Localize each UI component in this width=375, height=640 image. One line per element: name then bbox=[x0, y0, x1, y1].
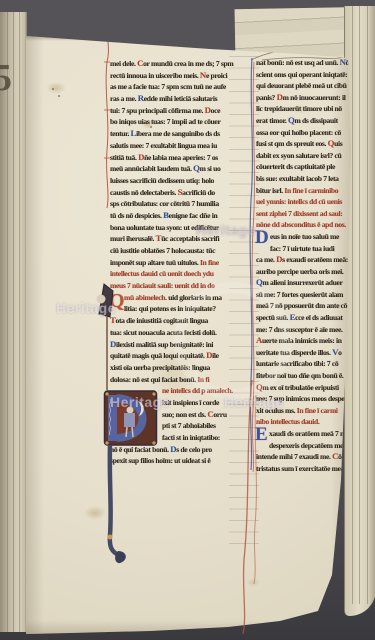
body-text: eus in noīe tuo saluū me bbox=[270, 232, 339, 241]
folio-edge-numeral: 5 bbox=[0, 56, 12, 100]
text-line: dabit ex syon salutare isrl? cū bbox=[256, 150, 353, 162]
body-text: caustis nō delectaberis. bbox=[110, 188, 178, 197]
text-line: bo iniqos uias tuas: 7 impii ad te cōuer bbox=[110, 116, 238, 128]
body-text: mei dele. bbox=[110, 59, 137, 68]
body-text: erat timor. bbox=[256, 116, 288, 125]
watermark-ring-logo bbox=[174, 282, 292, 400]
dropcap-E-exaudi: E bbox=[255, 425, 268, 445]
rubric-text: mū abimelech. bbox=[124, 293, 168, 302]
body-text: s de celo pro bbox=[176, 445, 212, 454]
text-line: pti st 7 abhoīabiles bbox=[110, 420, 238, 432]
text-line: as me a facie tua: 7 spm scm tuū ne aufe bbox=[110, 81, 238, 93]
text-line: tristatus sum ī exercitatōe mea. bbox=[256, 463, 353, 475]
text-line: auribo percipe uerba oris mei. bbox=[256, 266, 353, 278]
text-line: ossa eor qui hoībo placent: cō bbox=[256, 127, 353, 139]
text-line: sent ziphei 7 dixissent ad saul: bbox=[256, 208, 353, 220]
text-line: panis? Dm nō inuocauerunt: il bbox=[256, 92, 353, 104]
body-text: oce bbox=[211, 106, 221, 115]
body-text: orru bbox=[213, 410, 226, 419]
body-text: sps cōtribulatus: cor cōtritū 7 humilia bbox=[110, 199, 219, 208]
body-text: edde mihi leticiā salutaris bbox=[144, 94, 217, 103]
text-line: stitiā tuā. Dñe labia mea aperies: 7 os bbox=[110, 152, 238, 164]
rubric-text: In fine bbox=[200, 258, 219, 267]
body-text: or mundū crea in me ds; 7 spm bbox=[143, 59, 233, 68]
body-text: m ex oī tribulatōe eripuisti bbox=[263, 383, 339, 392]
rubric-text: nōne dd absconditus ē apd nos. bbox=[256, 220, 346, 229]
body-text: ō bbox=[338, 452, 341, 461]
body-text: despexeris depcatōem meā: bbox=[269, 441, 349, 450]
body-text: m ds dissipauit bbox=[295, 116, 338, 125]
text-line: intende mihi 7 exaudi me. Cō bbox=[256, 451, 353, 463]
text-line: salutis mee: 7 exultabit lingua mea iu bbox=[110, 140, 238, 152]
text-line: imponēt sup altare tuū uitulos. In fine bbox=[110, 257, 238, 269]
text-line: fusi st qm ds spreuit eos. Quis bbox=[256, 138, 353, 150]
page-edge-line bbox=[359, 6, 360, 604]
text-line: xaudi ds oratōem meā 7 ne bbox=[256, 428, 353, 440]
body-text: cōuerterit ds captiuitatē ple bbox=[256, 162, 335, 171]
text-line: rectū innoua in uisceribo meis. Ne proic… bbox=[110, 70, 238, 82]
text-line: ca me. Ds exaudi oratōem meā: bbox=[256, 254, 353, 266]
body-text: ras a me. bbox=[110, 94, 138, 103]
body-text: o bbox=[338, 348, 341, 357]
rubric-text: In fine ī carminibo bbox=[284, 186, 338, 195]
parchment-stain bbox=[246, 578, 260, 587]
text-line: spexit sup filios hoīm: ut uideat si ē bbox=[110, 455, 238, 467]
body-text: ixit insipiens ī corde bbox=[162, 398, 219, 407]
body-text: tū ds nō despicies. bbox=[110, 211, 163, 220]
body-text: scient oms qui operant iniqtatē: bbox=[256, 70, 347, 79]
body-text: fac: 7 ī uirtute tua iudi bbox=[270, 244, 334, 253]
text-line: ciū iustitie oblatōes 7 holocausta: tūc bbox=[110, 245, 238, 257]
page-gutter-shadow bbox=[26, 36, 44, 634]
body-text: nat bonū: nō est usq ad unū. bbox=[256, 58, 340, 67]
body-text: m si uo bbox=[200, 164, 221, 173]
page-edge-line bbox=[7, 12, 8, 632]
body-text: suo; non est ds. bbox=[162, 410, 207, 419]
text-line: fac: 7 ī uirtute tua iudi bbox=[256, 243, 353, 255]
body-text: e proici bbox=[206, 71, 227, 80]
text-line: uel ymnis: intellcs dd cū uenis bbox=[256, 196, 353, 208]
body-text: m alieni insurrexerūt aduer bbox=[263, 278, 343, 287]
body-text: pti st 7 abhoīabiles bbox=[162, 421, 216, 430]
body-text: bitur isrl. bbox=[256, 186, 284, 195]
body-text: ñe labia mea aperies: 7 os bbox=[144, 153, 218, 162]
body-text: xaudi ds oratōem meā 7 ne bbox=[269, 429, 347, 438]
text-line: bitur isrl. In fine ī carminibo bbox=[256, 185, 353, 197]
text-line: caustis nō delectaberis. Sacrificiū do bbox=[110, 187, 238, 199]
body-text: nō ē qui faciat bonū. bbox=[110, 445, 170, 454]
text-line: sps cōtribulatus: cor cōtritū 7 humilia bbox=[110, 198, 238, 210]
text-line: nat bonū: nō est usq ad unū. Nōne bbox=[256, 57, 353, 69]
body-text: ossa eor qui hoībo placent: cō bbox=[256, 128, 341, 137]
text-line: cōuerterit ds captiuitatē ple bbox=[256, 161, 353, 173]
text-column-right: nat bonū: nō est usq ad unū. Nōnescient … bbox=[256, 57, 353, 474]
body-text: facti st in iniqtatibo: bbox=[162, 433, 220, 442]
body-text: acrificiū do bbox=[182, 188, 215, 197]
text-line: eus in noīe tuo saluū me bbox=[256, 231, 353, 243]
parchment-stain bbox=[84, 506, 106, 520]
body-text: auribo percipe uerba oris mei. bbox=[256, 267, 343, 276]
text-line: scient oms qui operant iniqtatē: bbox=[256, 69, 353, 81]
body-text: muri iherusalē. bbox=[110, 234, 156, 243]
text-line: nō ē qui faciat bonū. Ds de celo pro bbox=[110, 444, 238, 456]
page-edge-line bbox=[367, 6, 368, 604]
text-line: intellectus dauid cū uenit doech ydu bbox=[110, 268, 238, 280]
body-text: enigne fac dñe in bbox=[169, 211, 218, 220]
text-line: meū annūciabit laudem tuā. Qm si uo bbox=[110, 163, 238, 175]
text-line: tentur. Libera me de sanguinibo ds ds bbox=[110, 128, 238, 140]
body-text: ca me. bbox=[256, 255, 276, 264]
page-edge-line bbox=[352, 6, 353, 604]
body-text: stitiā tuā. bbox=[110, 153, 138, 162]
text-line: nōne dd absconditus ē apd nos. bbox=[256, 219, 353, 231]
rubric-text: sent ziphei 7 dixissent ad saul: bbox=[256, 209, 342, 218]
text-line: lic trepidauerūt timore ubi nō bbox=[256, 103, 353, 115]
rubric-text: uel ymnis: intellcs dd cū uenis bbox=[256, 197, 342, 206]
text-line: nibo intellectus dauid. bbox=[256, 416, 353, 428]
ink-fleck bbox=[52, 88, 54, 90]
text-line: luisses sacrificiū dedissem utiq: holo bbox=[110, 175, 238, 187]
text-line: facti st in iniqtatibo: bbox=[110, 432, 238, 444]
body-text: s exaudi oratōem meā: bbox=[282, 255, 348, 264]
rubric-text: intellectus dauid cū uenit doech ydu bbox=[110, 269, 214, 278]
body-text: tui: 7 spu principali cōfirma me. bbox=[110, 106, 205, 115]
body-text: lic trepidauerūt timore ubi nō bbox=[256, 104, 342, 113]
body-text: imponēt sup altare tuū uitulos. bbox=[110, 258, 200, 267]
body-text: cce eī ds adiuuat bbox=[295, 313, 342, 322]
rubric-text: meus 7 nūciauit sauli: uenit dd in do bbox=[110, 281, 215, 290]
body-text: tentur. bbox=[110, 129, 131, 138]
text-line: tū ds nō despicies. Benigne fac dñe in bbox=[110, 210, 238, 222]
body-text: as me a facie tua: 7 spm scm tuū ne aufe bbox=[110, 82, 226, 91]
text-line: ras a me. Redde mihi leticiā salutaris bbox=[110, 93, 238, 105]
body-text: bo iniqos uias tuas: 7 impii ad te cōuer bbox=[110, 117, 220, 126]
body-text: uis bbox=[334, 139, 342, 148]
body-text: panis? bbox=[256, 93, 277, 102]
body-text: dabit ex syon salutare isrl? cū bbox=[256, 151, 341, 160]
body-text: luisses sacrificiū dedissem utiq: holo bbox=[110, 176, 214, 185]
text-line: tui: 7 spu principali cōfirma me. Doce bbox=[110, 105, 238, 117]
text-line: qui deuorant plebē meā ut cibū bbox=[256, 80, 353, 92]
body-text: fusi st qm ds spreuit eos. bbox=[256, 139, 328, 148]
body-text: rectū innoua in uisceribo meis. bbox=[110, 71, 200, 80]
ink-fleck bbox=[58, 95, 60, 97]
text-line: despexeris depcatōem meā: bbox=[256, 440, 353, 452]
watermark-text: Heritage bbox=[56, 300, 116, 316]
body-text: meū annūciabit laudem tuā. bbox=[110, 164, 193, 173]
text-line: Qm alieni insurrexerūt aduer bbox=[256, 277, 353, 289]
watermark-text: Heritage bbox=[110, 394, 170, 410]
manuscript-photo: 5 l+ l+° mei dele. Cor mundū crea in me … bbox=[0, 0, 375, 640]
page-edge-line bbox=[13, 12, 14, 632]
parchment-stain bbox=[46, 82, 66, 94]
text-line: mei dele. Cor mundū crea in me ds; 7 spm bbox=[110, 58, 238, 70]
body-text: dolosa: nō est qui faciat bonū. bbox=[110, 375, 197, 384]
page-edge-line bbox=[19, 12, 20, 632]
dropcap-D-deus-in-nomine: D bbox=[255, 228, 269, 248]
body-text: spexit sup filios hoīm: ut uideat si ē bbox=[110, 456, 210, 465]
watermark-text: Heritage bbox=[196, 222, 256, 238]
book-gutter: 5 bbox=[0, 12, 27, 632]
body-text: bis sue: exultabit iacob 7 leta bbox=[256, 174, 339, 183]
body-text: ibera me de sanguinibo ds ds bbox=[136, 129, 220, 138]
body-text: m nō inuocauerunt: il bbox=[283, 93, 346, 102]
body-text: intende mihi 7 exaudi me. bbox=[256, 452, 332, 461]
body-text: ciū iustitie oblatōes 7 holocausta: tūc bbox=[110, 246, 215, 255]
text-line: bis sue: exultabit iacob 7 leta bbox=[256, 173, 353, 185]
body-text: qui deuorant plebē meā ut cibū bbox=[256, 81, 347, 90]
page-bottom-edge-shadow bbox=[0, 620, 375, 640]
body-text: tristatus sum ī exercitatōe mea. bbox=[256, 464, 346, 473]
rubric-text: In fine ī carmi bbox=[297, 406, 338, 415]
text-line: suo; non est ds. Corru bbox=[110, 409, 238, 421]
text-line: erat timor. Qm ds dissipauit bbox=[256, 115, 353, 127]
body-text: salutis mee: 7 exultabit lingua mea iu bbox=[110, 141, 217, 150]
